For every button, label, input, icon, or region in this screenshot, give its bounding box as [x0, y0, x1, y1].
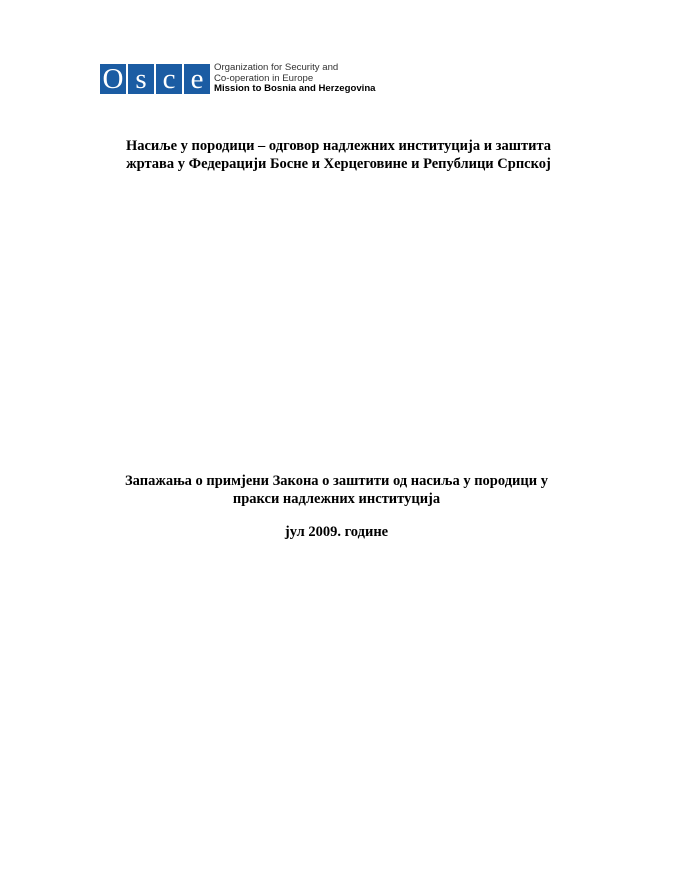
- logo-letter-c: C: [156, 64, 182, 94]
- logo-line-organization: Organization for Security and: [214, 63, 376, 74]
- logo-line-mission: Mission to Bosnia and Herzegovina: [214, 84, 376, 95]
- osce-logo: O S C E Organization for Security and Co…: [100, 64, 376, 95]
- date-text: јул 2009. године: [0, 523, 673, 541]
- document-title: Насиље у породици – одговор надлежних ин…: [2, 137, 673, 173]
- logo-letter-e: E: [184, 64, 210, 94]
- subtitle-line-2: пракси надлежних институција: [0, 490, 673, 508]
- osce-logo-text: Organization for Security and Co-operati…: [214, 63, 376, 95]
- document-subtitle: Запажања о примјени Закона о заштити од …: [0, 472, 673, 508]
- document-date: јул 2009. године: [0, 523, 673, 541]
- subtitle-line-1: Запажања о примјени Закона о заштити од …: [0, 472, 673, 490]
- logo-letter-s: S: [128, 64, 154, 94]
- title-line-2: жртава у Федерацији Босне и Херцеговине …: [2, 155, 673, 173]
- title-line-1: Насиље у породици – одговор надлежних ин…: [2, 137, 673, 155]
- osce-logo-mark: O S C E: [100, 64, 210, 94]
- logo-letter-o: O: [100, 64, 126, 94]
